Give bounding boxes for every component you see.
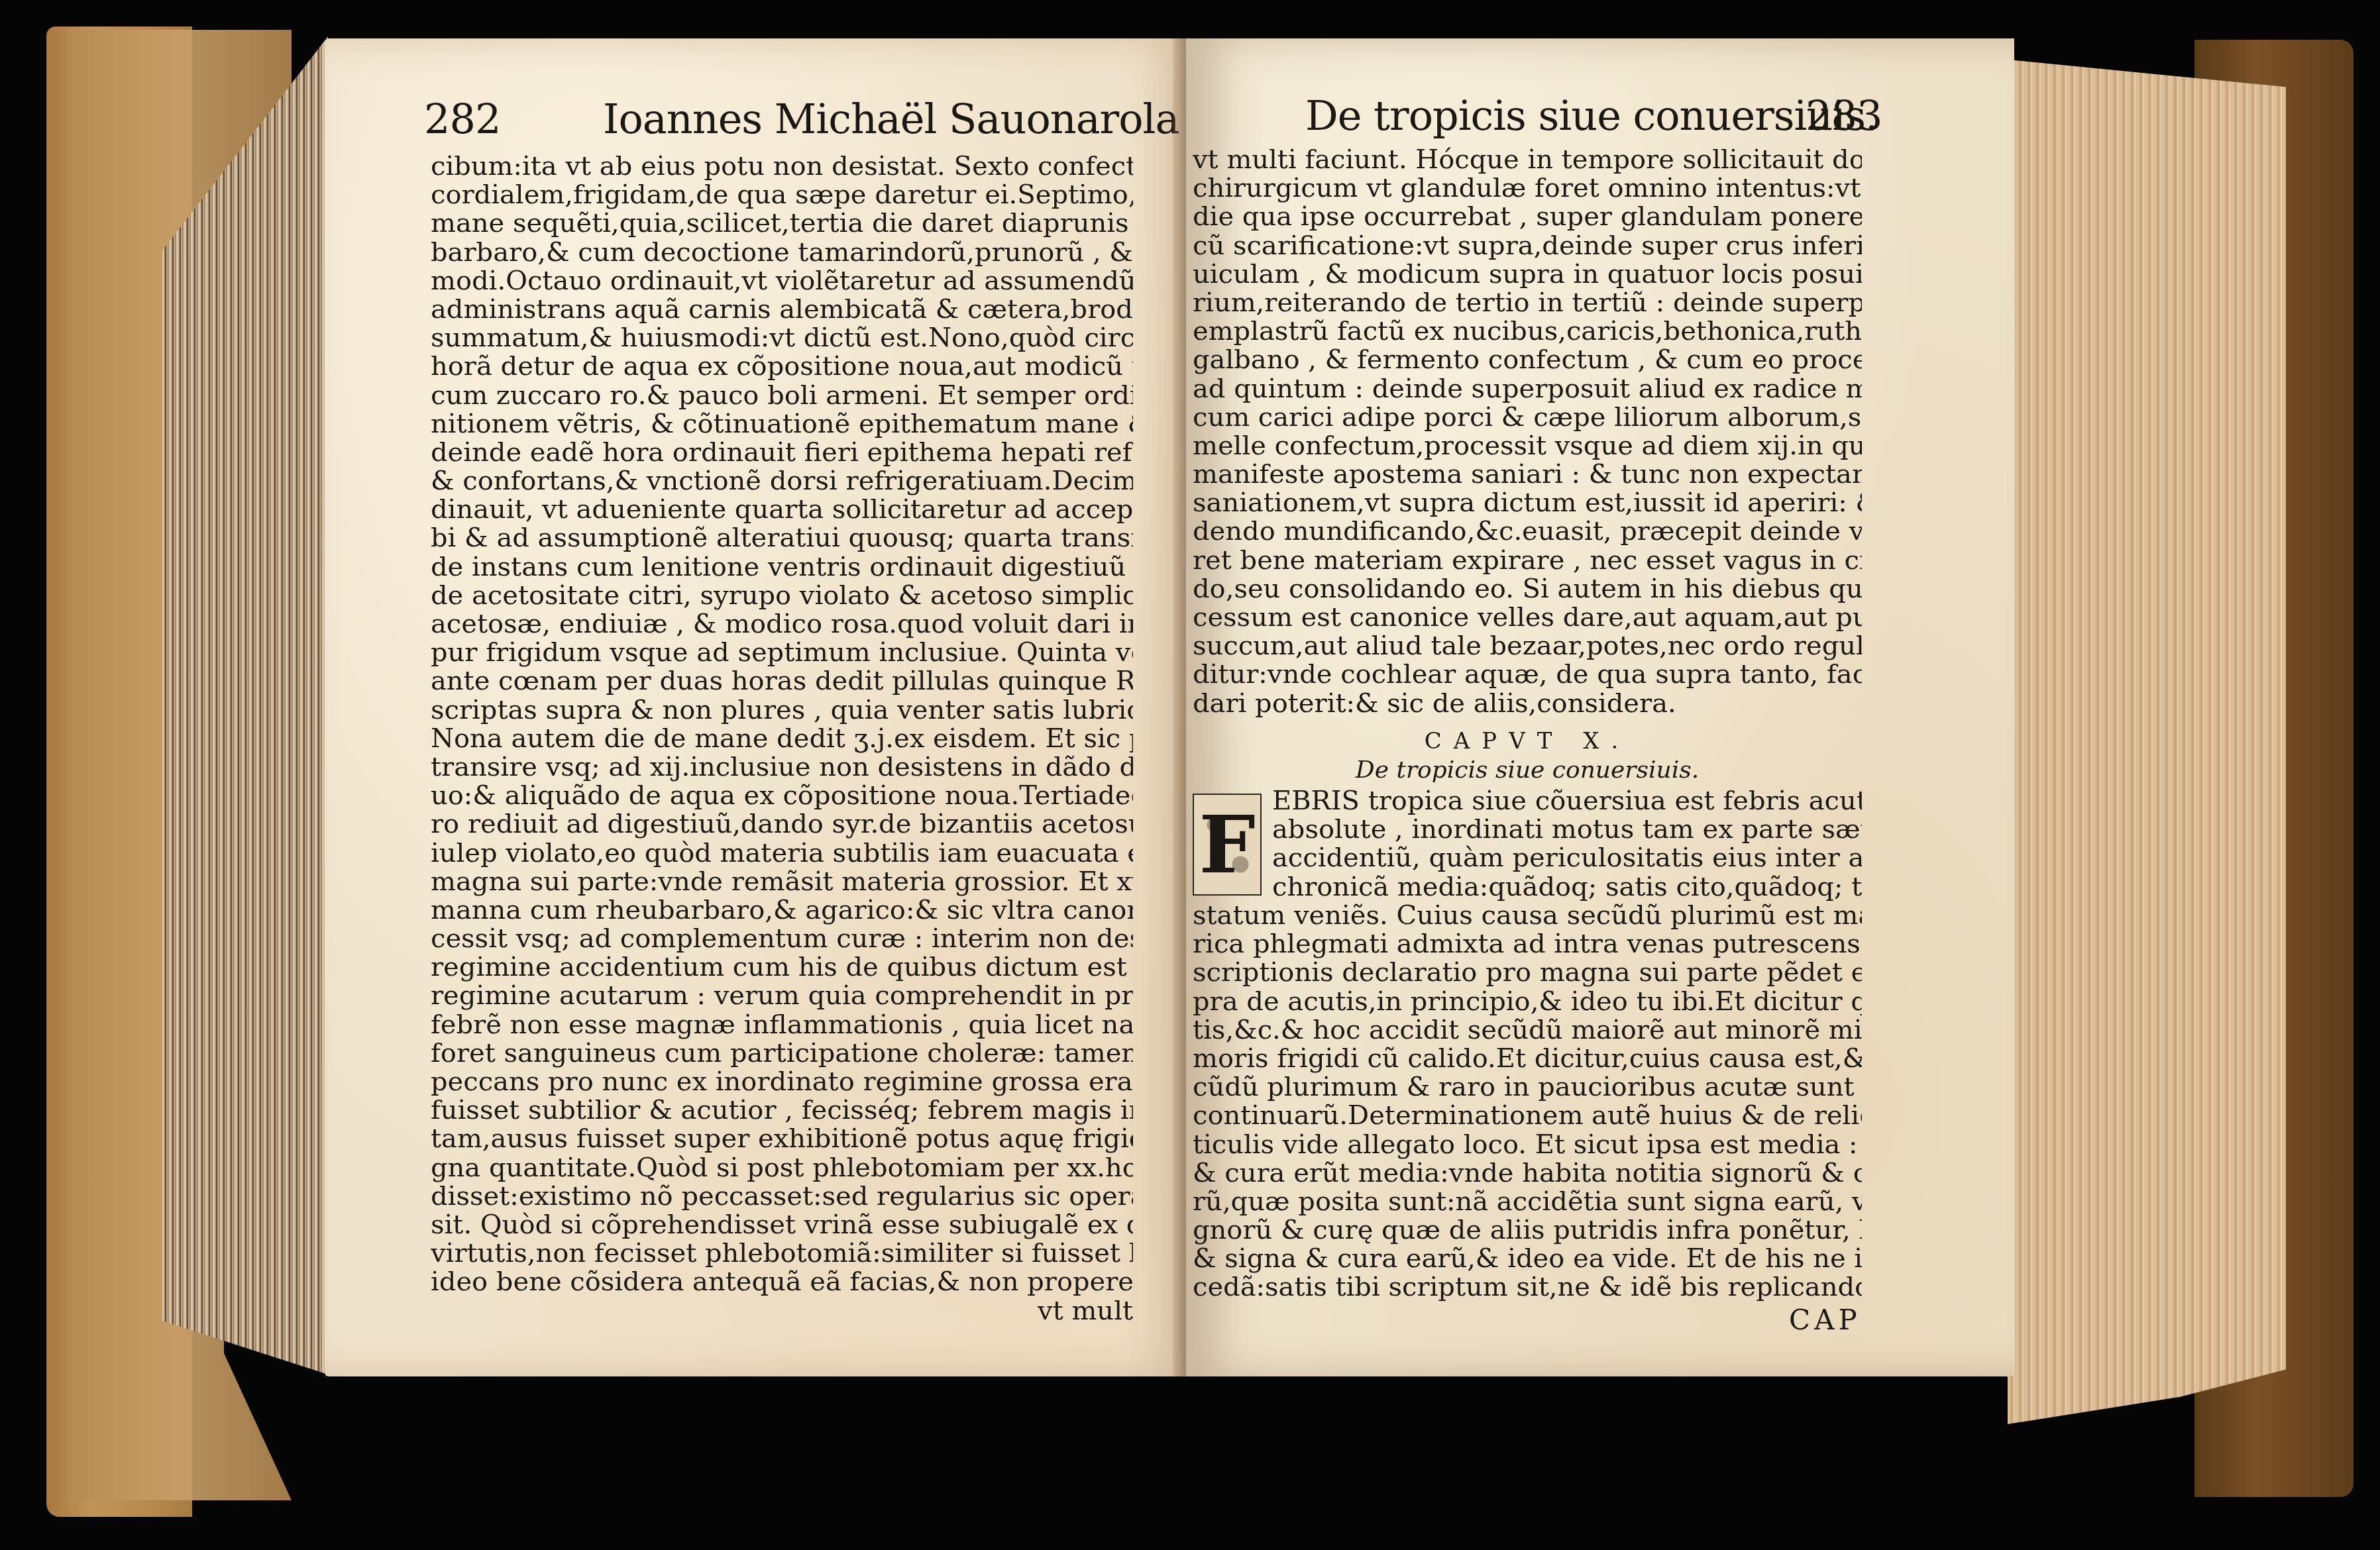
page-edges-left xyxy=(162,36,328,1374)
page-number-left: 282 xyxy=(424,95,500,143)
text-line: barbaro,& cum decoctione tamarindorũ,pru… xyxy=(431,238,1133,267)
text-line: cordialem,frigidam,de qua sæpe daretur e… xyxy=(431,181,1133,209)
text-line: virtutis,non fecisset phlebotomiã:simili… xyxy=(431,1239,1133,1268)
text-line: vt multi faciunt. Hócque in tempore soll… xyxy=(1193,146,1862,174)
text-line: cũdũ plurimum & raro in paucioribus acut… xyxy=(1193,1073,1862,1102)
text-line: febrẽ non esse magnæ inflammationis , qu… xyxy=(431,1011,1133,1039)
text-line: acetosæ, endiuiæ , & modico rosa.quod vo… xyxy=(431,610,1133,639)
text-line: absolute , inordinati motus tam ex parte… xyxy=(1193,815,1862,844)
text-line: ideo bene cõsidera antequã eã facias,& n… xyxy=(431,1268,1133,1296)
chapter-opening-lines: EBRIS tropica siue cõuersiua est febris … xyxy=(1193,787,1862,902)
text-line: dari poterit:& sic de aliis,considera. xyxy=(1193,690,1862,718)
chapter-subtitle: De tropicis siue conuersiuis. xyxy=(1193,756,1862,784)
text-line: regimine acutarum : verum quia comprehen… xyxy=(431,982,1133,1010)
text-line: & signa & cura earũ,& ideo ea vide. Et d… xyxy=(1193,1245,1862,1273)
text-line: cibum:ita vt ab eius potu non desistat. … xyxy=(431,152,1133,181)
text-line: iulep violato,eo quòd materia subtilis i… xyxy=(431,839,1133,868)
text-line: pra de acutis,in principio,& ideo tu ibi… xyxy=(1193,988,1862,1016)
text-line: gna quantitate.Quòd si post phlebotomiam… xyxy=(431,1154,1133,1182)
text-line: nitionem vẽtris, & cõtinuationẽ epithema… xyxy=(431,410,1133,439)
text-line: tam,ausus fuisset super exhibitionẽ potu… xyxy=(431,1125,1133,1153)
page-edges-right xyxy=(2008,60,2286,1424)
text-line: cessum est canonice velles dare,aut aqua… xyxy=(1193,603,1862,632)
left-page: 282 Ioannes Michaël Sauonarola cibum:ita… xyxy=(325,38,1186,1376)
text-line: moris frigidi cũ calido.Et dicitur,cuius… xyxy=(1193,1045,1862,1073)
text-line: chirurgicum vt glandulæ foret omnino int… xyxy=(1193,174,1862,203)
text-line: emplastrũ factũ ex nucibus,caricis,betho… xyxy=(1193,317,1862,346)
text-line: bi & ad assumptionẽ alteratiui quousq; q… xyxy=(431,524,1133,552)
text-line: scriptionis declaratio pro magna sui par… xyxy=(1193,958,1862,987)
catchword-left: vt mult xyxy=(431,1297,1133,1325)
text-line: uo:& aliquãdo de aqua ex cõpositione nou… xyxy=(431,782,1133,810)
text-line: rium,reiterando de tertio in tertiũ : de… xyxy=(1193,289,1862,317)
text-line: statum veniẽs. Cuius causa secũdũ plurim… xyxy=(1193,902,1862,930)
text-line: scriptas supra & non plures , quia vente… xyxy=(431,696,1133,725)
text-line: uiculam , & modicum supra in quatuor loc… xyxy=(1193,260,1862,289)
text-line: saniationem,vt supra dictum est,iussit i… xyxy=(1193,489,1862,517)
text-line: rica phlegmati admixta ad intra venas pu… xyxy=(1193,930,1862,958)
text-line: summatum,& huiusmodi:vt dictũ est.Nono,q… xyxy=(431,324,1133,352)
text-line: peccans pro nunc ex inordinato regimine … xyxy=(431,1068,1133,1096)
text-line: melle confectum,processit vsque ad diem … xyxy=(1193,432,1862,460)
running-head-left: Ioannes Michaël Sauonarola xyxy=(603,95,1179,143)
text-line: de instans cum lenitione ventris ordinau… xyxy=(431,553,1133,582)
text-line: fuisset subtilior & acutior , fecisséq; … xyxy=(431,1096,1133,1125)
text-line: rũ,quæ posita sunt:nã accidẽtia sunt sig… xyxy=(1193,1188,1862,1216)
text-line: dendo mundificando,&c.euasit, præcepit d… xyxy=(1193,517,1862,546)
text-line: de acetositate citri, syrupo violato & a… xyxy=(431,582,1133,610)
text-line: cedã:satis tibi scriptum sit,ne & idẽ bi… xyxy=(1193,1273,1862,1302)
text-line: ro rediuit ad digestiuũ,dando syr.de biz… xyxy=(431,810,1133,839)
text-line: cum zuccaro ro.& pauco boli armeni. Et s… xyxy=(431,382,1133,410)
text-line: continuarũ.Determinationem autẽ huius & … xyxy=(1193,1102,1862,1130)
right-body-text: vt multi faciunt. Hócque in tempore soll… xyxy=(1193,146,1862,718)
left-body-text: cibum:ita vt ab eius potu non desistat. … xyxy=(431,152,1133,1325)
text-line: deinde eadẽ hora ordinauit fieri epithem… xyxy=(431,439,1133,467)
text-line: pur frigidum vsque ad septimum inclusiue… xyxy=(431,639,1133,667)
chapter-body-text: statum veniẽs. Cuius causa secũdũ plurim… xyxy=(1193,902,1862,1302)
text-line: succum,aut aliud tale bezaar,potes,nec o… xyxy=(1193,632,1862,660)
text-line: ante cœnam per duas horas dedit pillulas… xyxy=(431,667,1133,696)
chapter-heading: CAPVT X. xyxy=(1193,727,1862,756)
text-line: ad quintum : deinde superposuit aliud ex… xyxy=(1193,375,1862,403)
text-line: dinauit, vt adueniente quarta sollicitar… xyxy=(431,495,1133,524)
text-line: accidentiũ, quàm periculositatis eius in… xyxy=(1193,844,1862,872)
text-line: chronicã media:quãdoq; satis cito,quãdoq… xyxy=(1193,873,1862,902)
catchword-right: CAP xyxy=(1789,1304,1861,1336)
running-head-right: De tropicis siue conuersiuis. xyxy=(1305,91,1878,140)
text-line: sit. Quòd si cõprehendisset vrinã esse s… xyxy=(431,1211,1133,1239)
text-line: cessit vsq; ad complementum curæ : inter… xyxy=(431,925,1133,953)
text-line: modi.Octauo ordinauit,vt violẽtaretur ad… xyxy=(431,267,1133,295)
text-line: magna sui parte:vnde remãsit materia gro… xyxy=(431,868,1133,896)
page-number-right: 283 xyxy=(1806,91,1882,140)
text-line: Nona autem die de mane dedit ʒ.j.ex eisd… xyxy=(431,725,1133,753)
text-line: cum carici adipe porci & cæpe liliorum a… xyxy=(1193,403,1862,432)
text-line: do,seu consolidando eo. Si autem in his … xyxy=(1193,575,1862,603)
text-line: manifeste apostema saniari : & tunc non … xyxy=(1193,460,1862,489)
text-line: manna cum rheubarbaro,& agarico:& sic vl… xyxy=(431,896,1133,925)
text-line: tis,&c.& hoc accidit secũdũ maiorẽ aut m… xyxy=(1193,1016,1862,1045)
text-line: gnorũ & curę quæ de aliis putridis infra… xyxy=(1193,1216,1862,1245)
text-line: & cura erũt media:vnde habita notitia si… xyxy=(1193,1159,1862,1188)
text-line: mane sequẽti,quia,scilicet,tertia die da… xyxy=(431,209,1133,238)
text-line: cũ scarificatione:vt supra,deinde super … xyxy=(1193,232,1862,260)
text-line: disset:existimo nõ peccasset:sed regular… xyxy=(431,1182,1133,1211)
text-line: administrans aquã carnis alembicatã & cæ… xyxy=(431,295,1133,324)
text-line: regimine accidentium cum his de quibus d… xyxy=(431,953,1133,982)
text-line: foret sanguineus cum participatione chol… xyxy=(431,1039,1133,1068)
text-line: transire vsq; ad xij.inclusiue non desis… xyxy=(431,753,1133,782)
text-line: galbano , & fermento confectum , & cum e… xyxy=(1193,346,1862,374)
text-line: ret bene materiam expirare , nec esset v… xyxy=(1193,546,1862,575)
right-page: De tropicis siue conuersiuis. 283 vt mul… xyxy=(1186,38,2014,1376)
text-line: horã detur de aqua ex cõpositione noua,a… xyxy=(431,352,1133,381)
text-line: EBRIS tropica siue cõuersiua est febris … xyxy=(1193,787,1862,815)
text-line: & confortans,& vnctionẽ dorsi refrigerat… xyxy=(431,467,1133,495)
text-line: ditur:vnde cochlear aquæ, de qua supra t… xyxy=(1193,660,1862,689)
text-line: ticulis vide allegato loco. Et sicut ips… xyxy=(1193,1131,1862,1159)
text-line: die qua ipse occurrebat , super glandula… xyxy=(1193,203,1862,231)
